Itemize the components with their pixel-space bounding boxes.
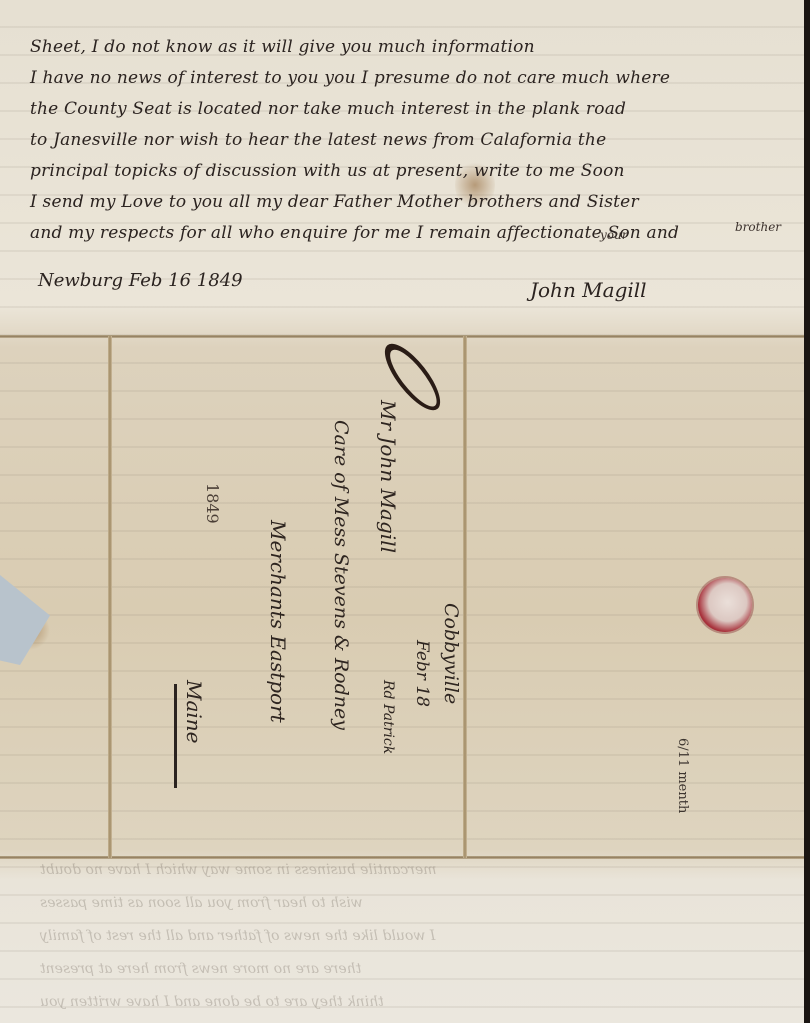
letter-line: principal topicks of discussion with us … <box>30 156 805 187</box>
dateline: Newburg Feb 16 1849 <box>38 270 243 291</box>
address-care-of: Care of Mess Stevens & Rodney <box>330 420 352 730</box>
signature: John Magill <box>530 278 647 302</box>
wax-seal <box>698 578 752 632</box>
state-underline <box>174 684 177 788</box>
postmark-date: Febr 18 <box>412 640 432 707</box>
pencil-note: 6/11 menth <box>675 738 690 813</box>
letter-line: to Janesville nor wish to hear the lates… <box>30 125 805 156</box>
address-town: Merchants Eastport <box>266 520 290 723</box>
postmark-extra: Rd Patrick <box>380 680 396 754</box>
bleedthrough-line: I would like the news of father and all … <box>40 928 435 944</box>
bleedthrough-line: there are no more news from here at pres… <box>40 961 361 977</box>
letter-line: I have no news of interest to you you I … <box>30 63 805 94</box>
bleedthrough-line: mercantile business in some way which I … <box>40 862 436 878</box>
address-recipient: Mr John Magill <box>376 400 400 553</box>
vertical-fold-right <box>463 336 467 858</box>
bleedthrough-line: think they are to be done and I have wri… <box>40 994 384 1010</box>
vertical-fold-left <box>108 336 112 858</box>
letter-body: Sheet, I do not know as it will give you… <box>30 32 805 249</box>
letter-sheet: Sheet, I do not know as it will give you… <box>0 0 804 1023</box>
letter-line: and my respects for all who enquire for … <box>30 218 805 249</box>
bleedthrough-line: wish to hear from you all soon as time p… <box>40 895 363 911</box>
docket-year: 1849 <box>203 483 222 524</box>
address-state: Maine <box>182 680 206 744</box>
postmark-town: Cobbyville <box>440 603 462 704</box>
letter-line: Sheet, I do not know as it will give you… <box>30 32 805 63</box>
horizontal-fold-bottom <box>0 856 804 859</box>
torn-corner <box>0 575 50 665</box>
interlinear-your: your <box>600 228 627 242</box>
horizontal-fold-top <box>0 335 804 338</box>
interlinear-brother: brother <box>735 220 781 234</box>
letter-line: I send my Love to you all my dear Father… <box>30 187 805 218</box>
letter-line: the County Seat is located nor take much… <box>30 94 805 125</box>
